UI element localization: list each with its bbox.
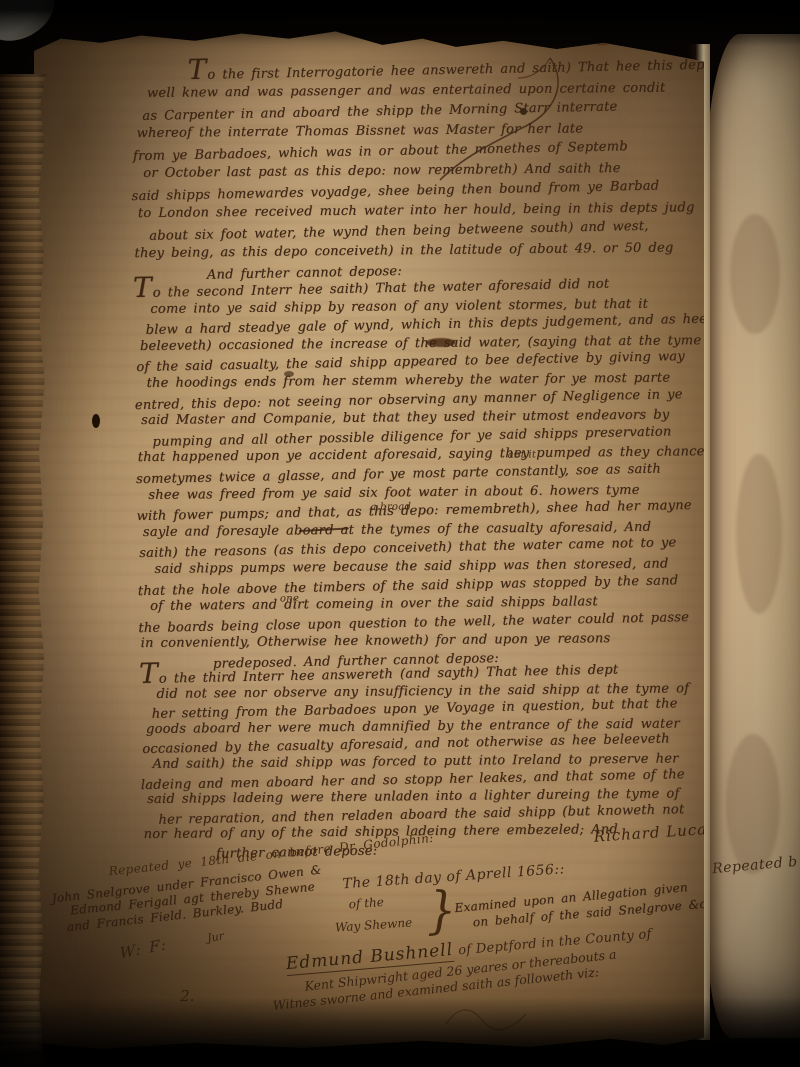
facing-page-edge xyxy=(706,34,800,1038)
attestation-brace: } xyxy=(426,880,456,940)
examiner-initials-mark: W: F: xyxy=(119,935,168,962)
facing-page-scuff xyxy=(736,454,782,614)
allegation-block: Examined upon an Allegation given on beh… xyxy=(454,878,704,933)
jurat-mark: Jur xyxy=(206,929,225,944)
answer-second-interrogatory: To the second Interr hee saith) That the… xyxy=(133,274,704,674)
manuscript-page: 11 A To the first Interrogatorie hee ans… xyxy=(34,16,704,1050)
facing-page-scuff xyxy=(726,734,780,874)
manuscript-photo: 11 A To the first Interrogatorie hee ans… xyxy=(0,0,800,1067)
case-title-block: John Snelgrove under Francisco Owen & Ed… xyxy=(51,863,325,936)
book-gutter-edge xyxy=(0,74,46,1067)
facing-page-scuff xyxy=(730,214,780,334)
answer-first-interrogatory: To the first Interrogatorie hee answeret… xyxy=(130,56,704,286)
interlinear-insert: one xyxy=(280,593,299,604)
archival-corner-mark: A xyxy=(579,16,607,56)
handwritten-text-layer: 11 A To the first Interrogatorie hee ans… xyxy=(34,16,704,1050)
interlinear-insert: a broad xyxy=(370,501,411,513)
attestation-of-the: of the xyxy=(348,895,384,911)
interlinear-insert: abt it xyxy=(508,449,537,460)
folio-number: 11 xyxy=(549,33,565,46)
attestation-way-shewne: Way Shewne xyxy=(335,915,413,934)
sheet-number-mark: 2. xyxy=(180,987,195,1005)
